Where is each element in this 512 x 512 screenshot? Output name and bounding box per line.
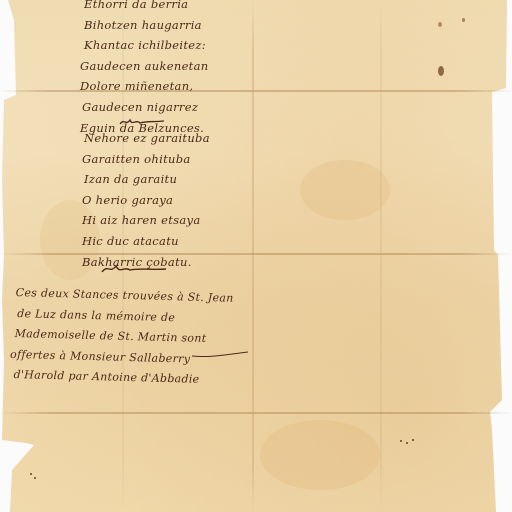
verse-line: Bihotzen haugarria xyxy=(84,15,208,36)
flourish-divider xyxy=(118,116,168,128)
fold-line xyxy=(0,90,512,92)
verse-line: O herio garaya xyxy=(82,190,210,211)
ink-stain xyxy=(462,18,465,22)
fold-line xyxy=(0,253,512,255)
verse-line: Gaudecen nigarrez xyxy=(82,97,208,118)
flourish-divider xyxy=(100,262,170,276)
ink-speck xyxy=(34,477,36,479)
ink-stain xyxy=(438,22,442,27)
verse-line: Ethorri da berria xyxy=(84,0,208,15)
paper-sheet xyxy=(0,0,512,512)
verse-line: Gaudecen aukenetan xyxy=(80,56,208,77)
fold-line xyxy=(252,0,254,512)
age-stain xyxy=(260,420,380,490)
provenance-note: Ces deux Stances trouvées à St. Jean de … xyxy=(13,283,234,391)
fold-line xyxy=(0,412,512,414)
signature-flourish xyxy=(190,348,250,360)
stanza-2: Nehore ez garaituba Garaitten ohituba Iz… xyxy=(84,128,210,272)
document-scan: Ethorri da berria Bihotzen haugarria Kha… xyxy=(0,0,512,512)
verse-line: Hi aiz haren etsaya xyxy=(82,210,210,231)
verse-line: Dolore miñenetan, xyxy=(80,76,208,97)
ink-speck xyxy=(400,440,402,442)
ink-stain xyxy=(438,66,444,76)
ink-speck xyxy=(406,442,408,444)
verse-line: Khantac ichilbeitez: xyxy=(84,35,208,56)
verse-line: Nehore ez garaituba xyxy=(84,128,210,149)
verse-line: Izan da garaitu xyxy=(84,169,210,190)
verse-line: Garaitten ohituba xyxy=(82,149,210,170)
ink-speck xyxy=(30,473,32,475)
fold-line xyxy=(380,0,382,512)
verse-line: Hic duc atacatu xyxy=(82,231,210,252)
age-stain xyxy=(300,160,390,220)
ink-speck xyxy=(412,439,414,441)
